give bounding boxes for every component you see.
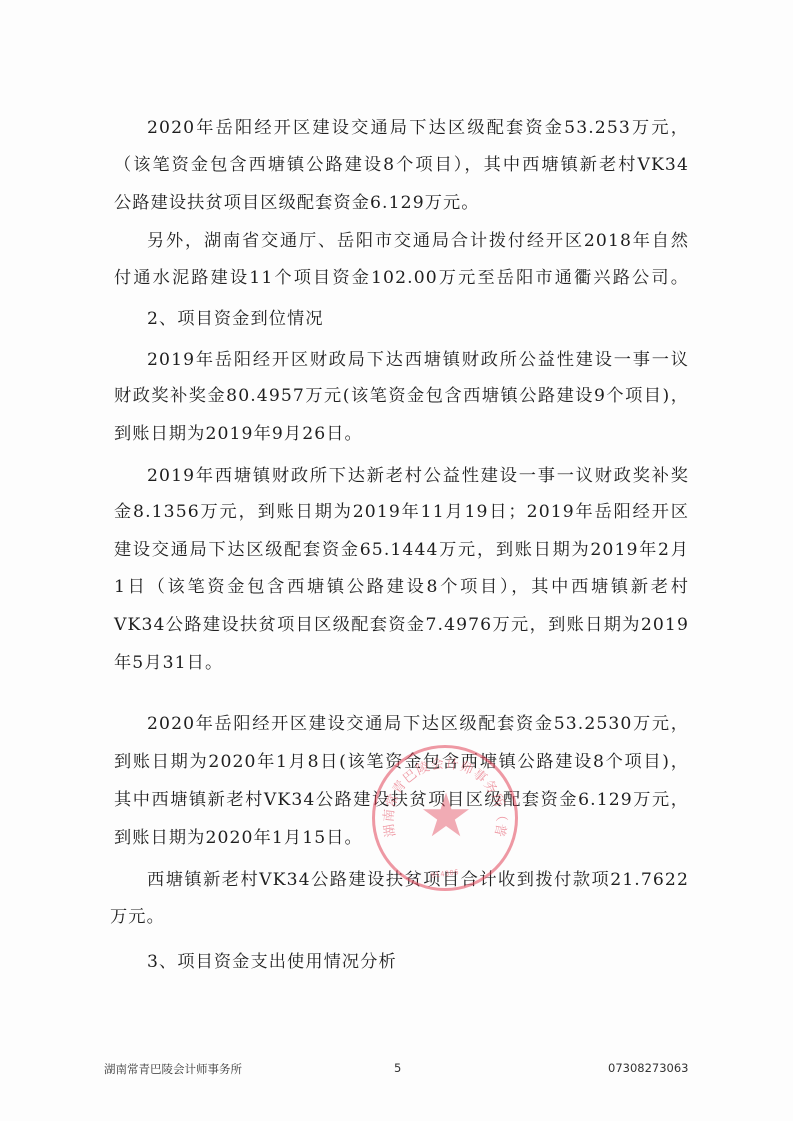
section-heading-2: 2、项目资金到位情况 — [147, 308, 689, 330]
paragraph-3-line-1: 2019年岳阳经开区财政局下达西塘镇财政所公益性建设一事一议 — [147, 349, 689, 371]
footer-phone: 07308273063 — [608, 1061, 688, 1075]
paragraph-2-line-2: 付通水泥路建设11个项目资金102.00万元至岳阳市通衢兴路公司。 — [114, 267, 689, 289]
paragraph-3-line-2: 财政奖补奖金80.4957万元(该笔资金包含西塘镇公路建设9个项目)， — [114, 385, 689, 407]
paragraph-5-line-2: 到账日期为2020年1月8日(该笔资金包含西塘镇公路建设8个项目)， — [114, 751, 689, 773]
paragraph-4-line-1: 2019年西塘镇财政所下达新老村公益性建设一事一议财政奖补奖 — [147, 465, 689, 487]
footer-firm-name: 湖南常青巴陵会计师事务所 — [104, 1061, 242, 1077]
footer-page-number: 5 — [394, 1061, 401, 1075]
paragraph-1-line-3: 公路建设扶贫项目区级配套资金6.129万元。 — [114, 192, 689, 214]
paragraph-4-line-5: VK34公路建设扶贫项目区级配套资金7.4976万元，到账日期为2019 — [114, 614, 689, 636]
paragraph-5-line-1: 2020年岳阳经开区建设交通局下达区级配套资金53.2530万元， — [147, 713, 689, 735]
paragraph-5-line-4: 到账日期为2020年1月15日。 — [114, 827, 689, 849]
paragraph-4-line-6: 年5月31日。 — [114, 652, 689, 674]
paragraph-3-line-3: 到账日期为2019年9月26日。 — [114, 423, 689, 445]
paragraph-6-line-2: 万元。 — [110, 906, 685, 928]
paragraph-6-line-1: 西塘镇新老村VK34公路建设扶贫项目合计收到拨付款项21.7622 — [147, 869, 689, 891]
paragraph-4-line-3: 建设交通局下达区级配套资金65.1444万元，到账日期为2019年2月 — [114, 539, 689, 561]
paragraph-1-line-2: （该笔资金包含西塘镇公路建设8个项目），其中西塘镇新老村VK34 — [114, 154, 689, 176]
paragraph-4-line-4: 1日（该笔资金包含西塘镇公路建设8个项目），其中西塘镇新老村 — [114, 576, 689, 598]
document-page: 2020年岳阳经开区建设交通局下达区级配套资金53.253万元， （该笔资金包含… — [0, 0, 793, 1121]
paragraph-1-line-1: 2020年岳阳经开区建设交通局下达区级配套资金53.253万元， — [147, 117, 689, 139]
paragraph-2-line-1: 另外，湖南省交通厅、岳阳市交通局合计拨付经开区2018年自然 — [147, 230, 689, 252]
paragraph-5-line-3: 其中西塘镇新老村VK34公路建设扶贫项目区级配套资金6.129万元， — [114, 789, 689, 811]
section-heading-3: 3、项目资金支出使用情况分析 — [147, 951, 689, 973]
paragraph-4-line-2: 金8.1356万元，到账日期为2019年11月19日；2019年岳阳经开区 — [114, 501, 689, 523]
